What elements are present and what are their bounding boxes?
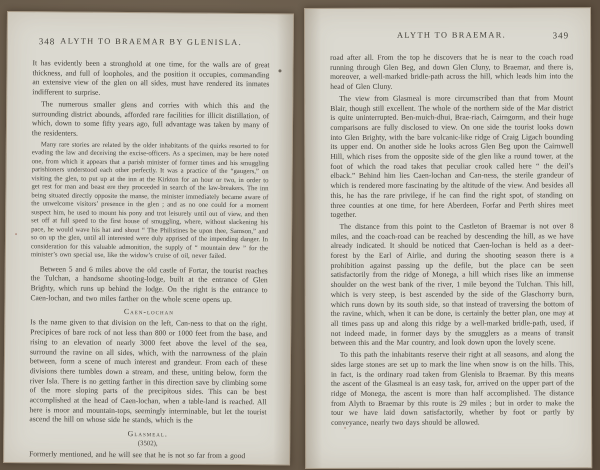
paper-speck — [15, 233, 17, 235]
body-paragraph: It has evidently been a stronghold at on… — [32, 58, 269, 99]
right-page-number: 349 — [553, 30, 570, 40]
body-paragraph: Between 5 and 6 miles above the old cast… — [30, 264, 267, 305]
body-paragraph: The numerous smaller glens and corries w… — [32, 99, 269, 140]
left-page-header: 348 ALYTH TO BRAEMAR BY GLENISLA. — [33, 36, 270, 49]
paper-speck — [344, 427, 346, 429]
body-paragraph: road after all. From the top he discover… — [330, 52, 573, 91]
left-page: 348 ALYTH TO BRAEMAR BY GLENISLA. It has… — [3, 11, 294, 465]
hill-elevation: (3502), — [29, 439, 266, 448]
right-page-header: ALYTH TO BRAEMAR. 349 — [330, 30, 573, 42]
body-paragraph: To this path the inhabitants reserve the… — [331, 349, 574, 427]
left-running-title: ALYTH TO BRAEMAR BY GLENISLA. — [60, 36, 242, 47]
body-paragraph: The distance from this point to the Cast… — [331, 221, 574, 348]
body-paragraph: Formerly mentioned, and he will see that… — [29, 449, 266, 461]
section-heading-caen-lochan: Caen-lochan — [30, 307, 267, 318]
book-photograph: { "colors": { "photo_background": "#7567… — [0, 0, 600, 470]
left-page-number: 348 — [39, 36, 56, 46]
paper-speck — [278, 69, 281, 72]
right-page: ALYTH TO BRAEMAR. 349 road after all. Fr… — [304, 7, 592, 469]
anecdote-small-print: Many rare stories are related by the old… — [31, 141, 269, 262]
body-paragraph: The view from Glasmeal is more circumscr… — [330, 93, 573, 220]
body-paragraph: Is the name given to that division on th… — [29, 318, 267, 427]
right-running-title: ALYTH TO BRAEMAR. — [397, 30, 506, 39]
section-heading-glasmeal: Glasmeal. — [29, 428, 266, 439]
